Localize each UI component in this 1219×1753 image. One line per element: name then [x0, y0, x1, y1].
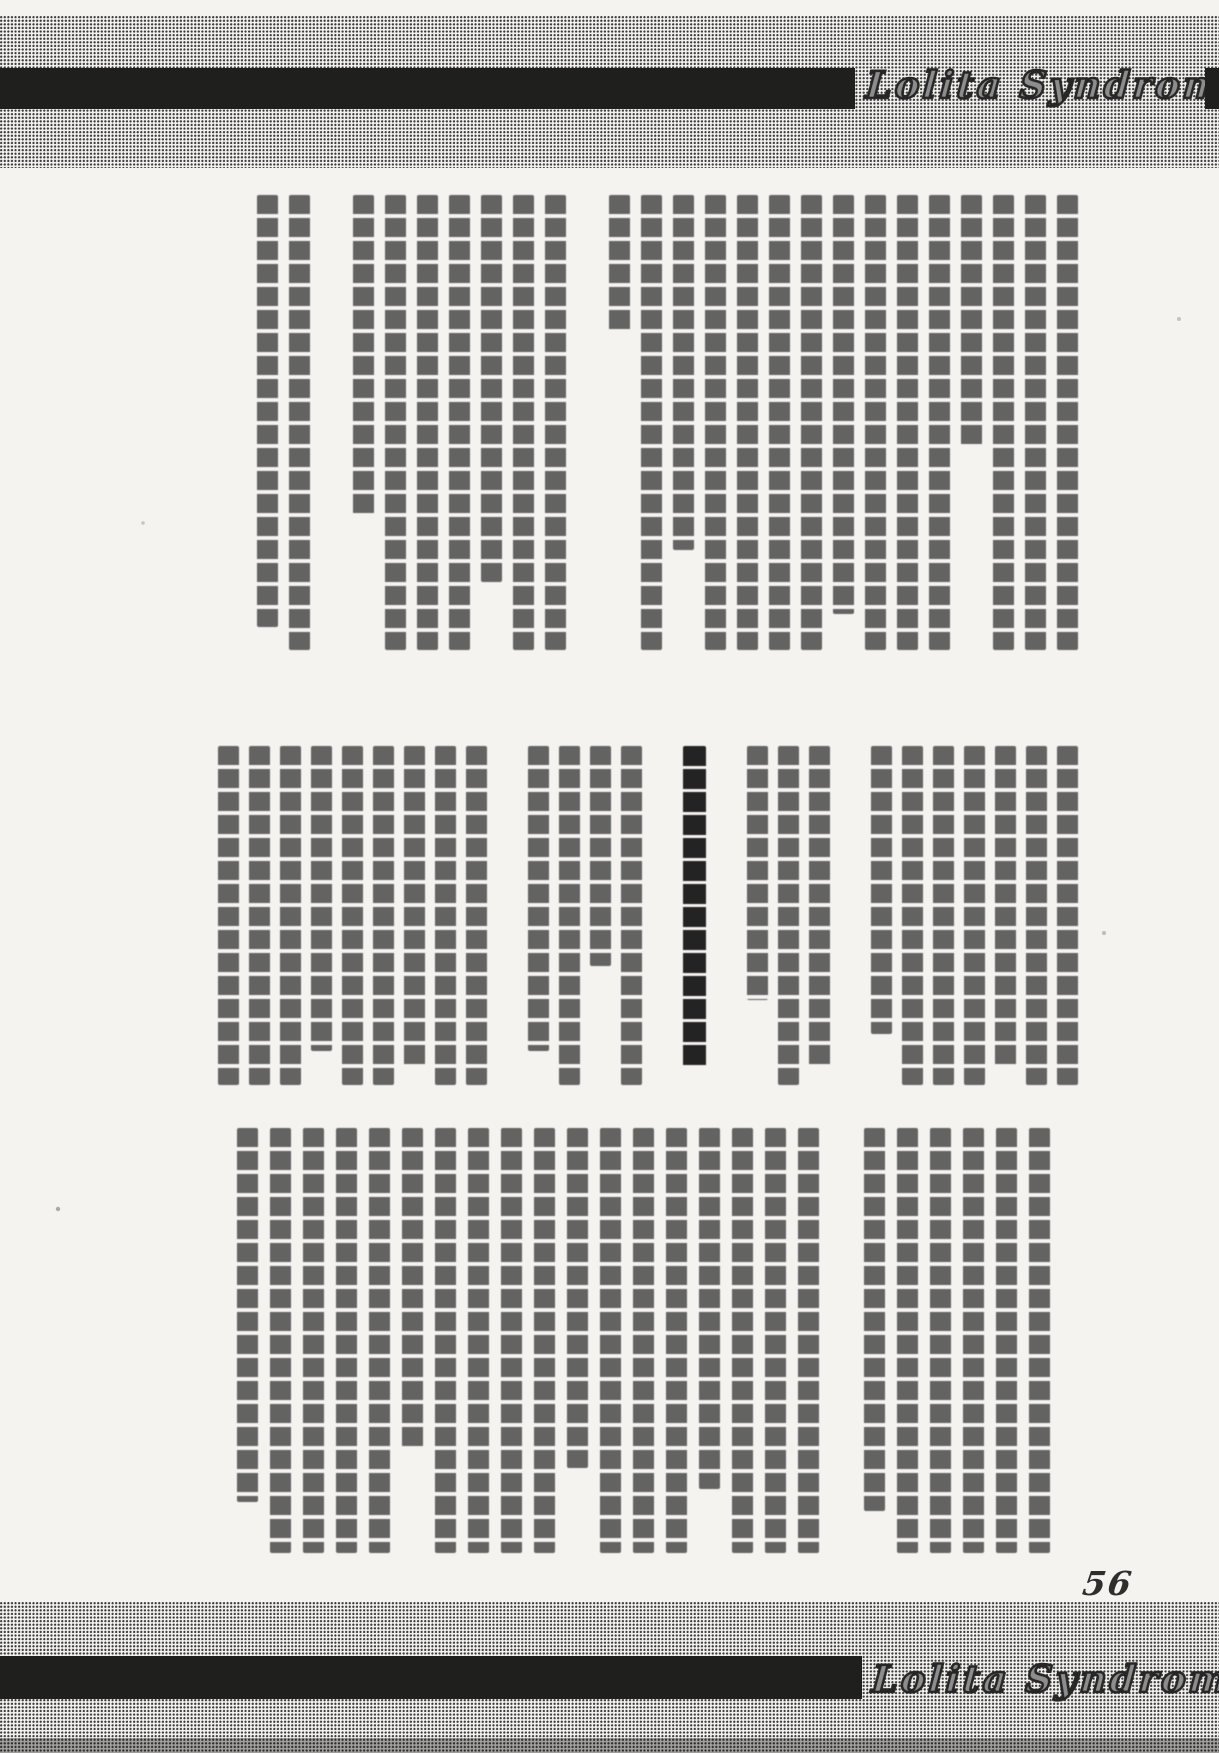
redacted-text-column — [402, 1128, 423, 1447]
redacted-text-column — [303, 1128, 324, 1553]
bottom-banner-bar — [0, 1656, 862, 1699]
redacted-text-column — [996, 1128, 1017, 1553]
redacted-text-column — [311, 746, 332, 1051]
redacted-text-column — [864, 1128, 885, 1511]
redacted-text-column — [513, 195, 534, 650]
redacted-text-column — [929, 195, 950, 650]
redacted-text-column — [769, 195, 790, 650]
redacted-text-column — [871, 746, 892, 1034]
redacted-text-column — [257, 195, 278, 627]
redacted-text-column — [600, 1128, 621, 1553]
redacted-text-column — [435, 1128, 456, 1553]
redacted-text-column — [933, 746, 954, 1085]
redacted-text-column — [732, 1128, 753, 1553]
redacted-text-column — [385, 195, 406, 650]
redacted-text-column — [237, 1128, 258, 1502]
redacted-text-column — [897, 195, 918, 650]
redacted-text-column — [621, 746, 642, 1085]
redacted-text-column — [961, 195, 982, 445]
redacted-text-column — [289, 195, 310, 650]
block-3 — [209, 1128, 1050, 1553]
scanned-page: { "document": { "type": "scanned doujins… — [0, 0, 1219, 1753]
redacted-text-column — [778, 746, 799, 1085]
redacted-text-column — [809, 746, 830, 1068]
redacted-text-column — [373, 746, 394, 1085]
redacted-text-column — [673, 195, 694, 550]
redacted-text-column — [930, 1128, 951, 1553]
redacted-text-column — [699, 1128, 720, 1489]
redacted-text-column — [633, 1128, 654, 1553]
redacted-text-column — [1029, 1128, 1050, 1553]
redacted-text-column — [435, 746, 456, 1085]
redacted-text-column — [270, 1128, 291, 1553]
redacted-text-column — [1025, 195, 1046, 650]
redacted-text-column — [466, 746, 487, 1085]
redacted-text-column — [902, 746, 923, 1085]
redacted-text-column — [798, 1128, 819, 1553]
block-1 — [210, 195, 1078, 650]
redacted-text-column — [567, 1128, 588, 1468]
redacted-text-column — [559, 746, 580, 1085]
header-logo-text: Lolita Syndrome — [864, 63, 1219, 107]
redacted-text-column — [534, 1128, 555, 1553]
redacted-text-column — [609, 195, 630, 332]
page-number: 56 — [1080, 1564, 1135, 1603]
redacted-text-column — [545, 195, 566, 650]
block-2 — [209, 746, 1078, 1085]
redacted-text-column — [963, 1128, 984, 1553]
scan-noise — [0, 0, 2, 2]
redacted-text-column — [1026, 746, 1047, 1085]
redacted-text-column — [501, 1128, 522, 1553]
redacted-text-column — [590, 746, 611, 966]
redacted-text-column — [468, 1128, 489, 1553]
redacted-text-column — [666, 1128, 687, 1553]
redacted-text-column — [481, 195, 502, 582]
redacted-text-column — [964, 746, 985, 1085]
redacted-heading-column — [683, 746, 706, 1068]
redacted-text-column — [342, 746, 363, 1085]
redacted-text-column — [249, 746, 270, 1085]
redacted-text-column — [747, 746, 768, 1000]
redacted-text-column — [369, 1128, 390, 1553]
redacted-text-column — [641, 195, 662, 650]
redacted-text-column — [353, 195, 374, 514]
footer-logo-text: Lolita Syndrome — [870, 1657, 1219, 1701]
redacted-text-column — [404, 746, 425, 1068]
redacted-text-column — [765, 1128, 786, 1553]
redacted-text-column — [1057, 746, 1078, 1085]
redacted-text-column — [280, 746, 301, 1085]
redacted-text-column — [995, 746, 1016, 1068]
redacted-text-column — [801, 195, 822, 650]
redacted-text-column — [528, 746, 549, 1051]
redacted-text-column — [336, 1128, 357, 1553]
bottom-scan-edge — [0, 1738, 1219, 1753]
redacted-text-column — [833, 195, 854, 614]
redacted-text-column — [1057, 195, 1078, 650]
redacted-text-column — [737, 195, 758, 650]
redacted-text-column — [865, 195, 886, 650]
redacted-text-column — [705, 195, 726, 650]
redacted-text-column — [449, 195, 470, 650]
redacted-text-column — [417, 195, 438, 650]
redacted-text-column — [993, 195, 1014, 650]
redacted-text-column — [218, 746, 239, 1085]
top-banner-bar — [0, 68, 855, 109]
header-corner-block — [1205, 68, 1219, 109]
redacted-text-column — [897, 1128, 918, 1553]
